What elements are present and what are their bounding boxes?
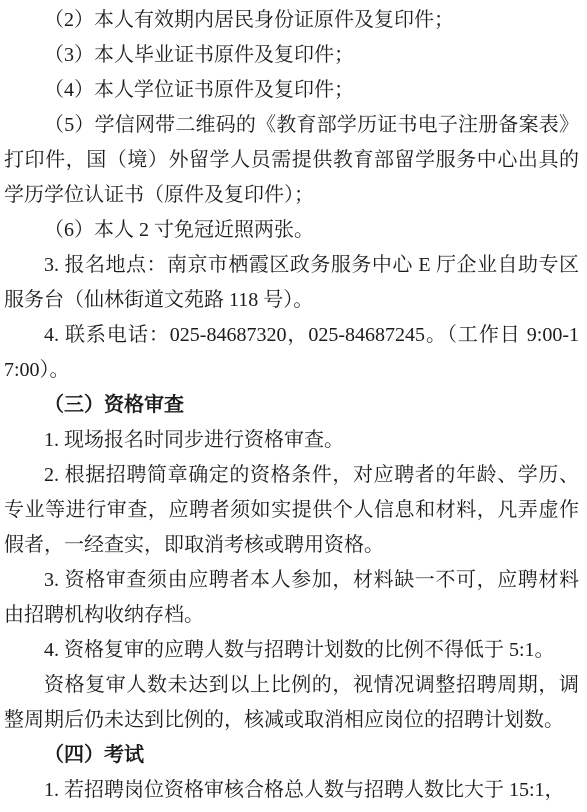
list-item-4-degree-certificate: （4）本人学位证书原件及复印件； — [4, 73, 579, 108]
list-item-2-id-card: （2）本人有效期内居民身份证原件及复印件； — [4, 3, 579, 38]
list-item-6-photos: （6）本人 2 寸免冠近照两张。 — [4, 213, 579, 248]
item-1-onsite-review: 1. 现场报名时同步进行资格审查。 — [4, 423, 579, 458]
item-4-review-ratio: 4. 资格复审的应聘人数与招聘计划数的比例不得低于 5:1。 — [4, 633, 579, 668]
document-page: （2）本人有效期内居民身份证原件及复印件； （3）本人毕业证书原件及复印件； （… — [0, 0, 587, 812]
list-item-5-registration-record-form: （5）学信网带二维码的《教育部学历证书电子注册备案表》打印件，国（境）外留学人员… — [4, 108, 579, 213]
item-3-registration-address: 3. 报名地点：南京市栖霞区政务服务中心 E 厅企业自助专区服务台（仙林街道文苑… — [4, 248, 579, 318]
para-ratio-adjustment: 资格复审人数未达到以上比例的，视情况调整招聘周期，调整周期后仍未达到比例的，核减… — [4, 668, 579, 738]
item-1-exam-ratio: 1. 若招聘岗位资格审核合格总人数与招聘人数比大于 15:1， — [4, 773, 579, 808]
item-2-review-criteria: 2. 根据招聘简章确定的资格条件，对应聘者的年龄、学历、专业等进行审查，应聘者须… — [4, 458, 579, 563]
item-3-in-person-review: 3. 资格审查须由应聘者本人参加，材料缺一不可，应聘材料由招聘机构收纳存档。 — [4, 563, 579, 633]
heading-section-3-qualification-review: （三）资格审查 — [4, 388, 579, 423]
item-4-contact-phone: 4. 联系电话：025-84687320，025-84687245。（工作日 9… — [4, 318, 579, 388]
list-item-3-diploma: （3）本人毕业证书原件及复印件； — [4, 38, 579, 73]
heading-section-4-exam: （四）考试 — [4, 738, 579, 773]
